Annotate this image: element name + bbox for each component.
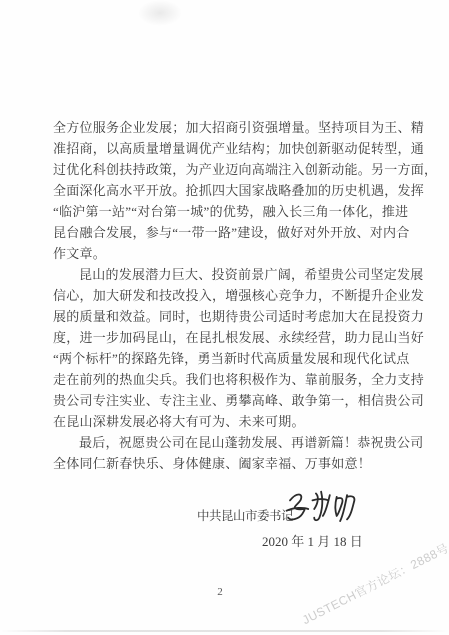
letter-line: 全体同仁新春快乐、身体健康、阖家幸福、万事如意！ xyxy=(53,453,413,474)
letter-line: 作文章。 xyxy=(53,243,413,264)
letter-line: 昆山的发展潜力巨大、投资前景广阔，希望贵公司坚定发展 xyxy=(53,264,413,285)
letter-line: 过优化科创扶持政策，为产业迈向高端注入创新动能。另一方面， xyxy=(53,159,413,180)
letter-line: 全面深化高水平开放。抢抓四大国家战略叠加的历史机遇，发挥 xyxy=(53,180,413,201)
scan-artifact xyxy=(138,0,182,26)
letter-line: 信心，加大研发和技改投入，增强核心竞争力，不断提升企业发 xyxy=(53,285,413,306)
scanned-letter-page: 全方位服务企业发展；加大招商引资强增量。坚持项目为王、精 准招商，以高质量增量调… xyxy=(0,0,449,635)
letter-date: 2020 年 1 月 18 日 xyxy=(262,531,363,550)
letter-line: 在昆山深耕发展必将大有可为、未来可期。 xyxy=(53,411,413,432)
letter-line: 贵公司专注实业、专注主业、勇攀高峰、敢争第一，相信贵公司 xyxy=(53,390,413,411)
letter-line: “两个标杆”的探路先锋，勇当新时代高质量发展和现代化试点 xyxy=(53,348,413,369)
letter-line: 昆台融合发展，参与“一带一路”建设，做好对外开放、对内合 xyxy=(53,222,413,243)
letter-line: 展的质量和效益。同时，也期待贵公司适时考虑加大在昆投资力 xyxy=(53,306,413,327)
letter-body: 全方位服务企业发展；加大招商引资强增量。坚持项目为王、精 准招商，以高质量增量调… xyxy=(53,117,413,474)
forum-watermark: JUSTECH官方论坛：2888号 xyxy=(299,539,449,628)
letter-line: 准招商，以高质量增量调优产业结构；加快创新驱动促转型，通 xyxy=(53,138,413,159)
signer-title: 中共昆山市委书记 xyxy=(197,506,293,524)
letter-line: 全方位服务企业发展；加大招商引资强增量。坚持项目为王、精 xyxy=(53,117,413,138)
scan-bottom-edge xyxy=(0,630,449,632)
letter-line: 走在前列的热血尖兵。我们也将积极作为、靠前服务，全力支持 xyxy=(53,369,413,390)
letter-line: 最后，祝愿贵公司在昆山蓬勃发展、再谱新篇！恭祝贵公司 xyxy=(53,432,413,453)
page-number: 2 xyxy=(205,586,235,598)
letter-line: “临沪第一站”“对台第一城”的优势，融入长三角一体化，推进 xyxy=(53,201,413,222)
letter-line: 度，进一步加码昆山，在昆扎根发展、永续经营，助力昆山当好 xyxy=(53,327,413,348)
handwritten-signature xyxy=(284,486,360,532)
